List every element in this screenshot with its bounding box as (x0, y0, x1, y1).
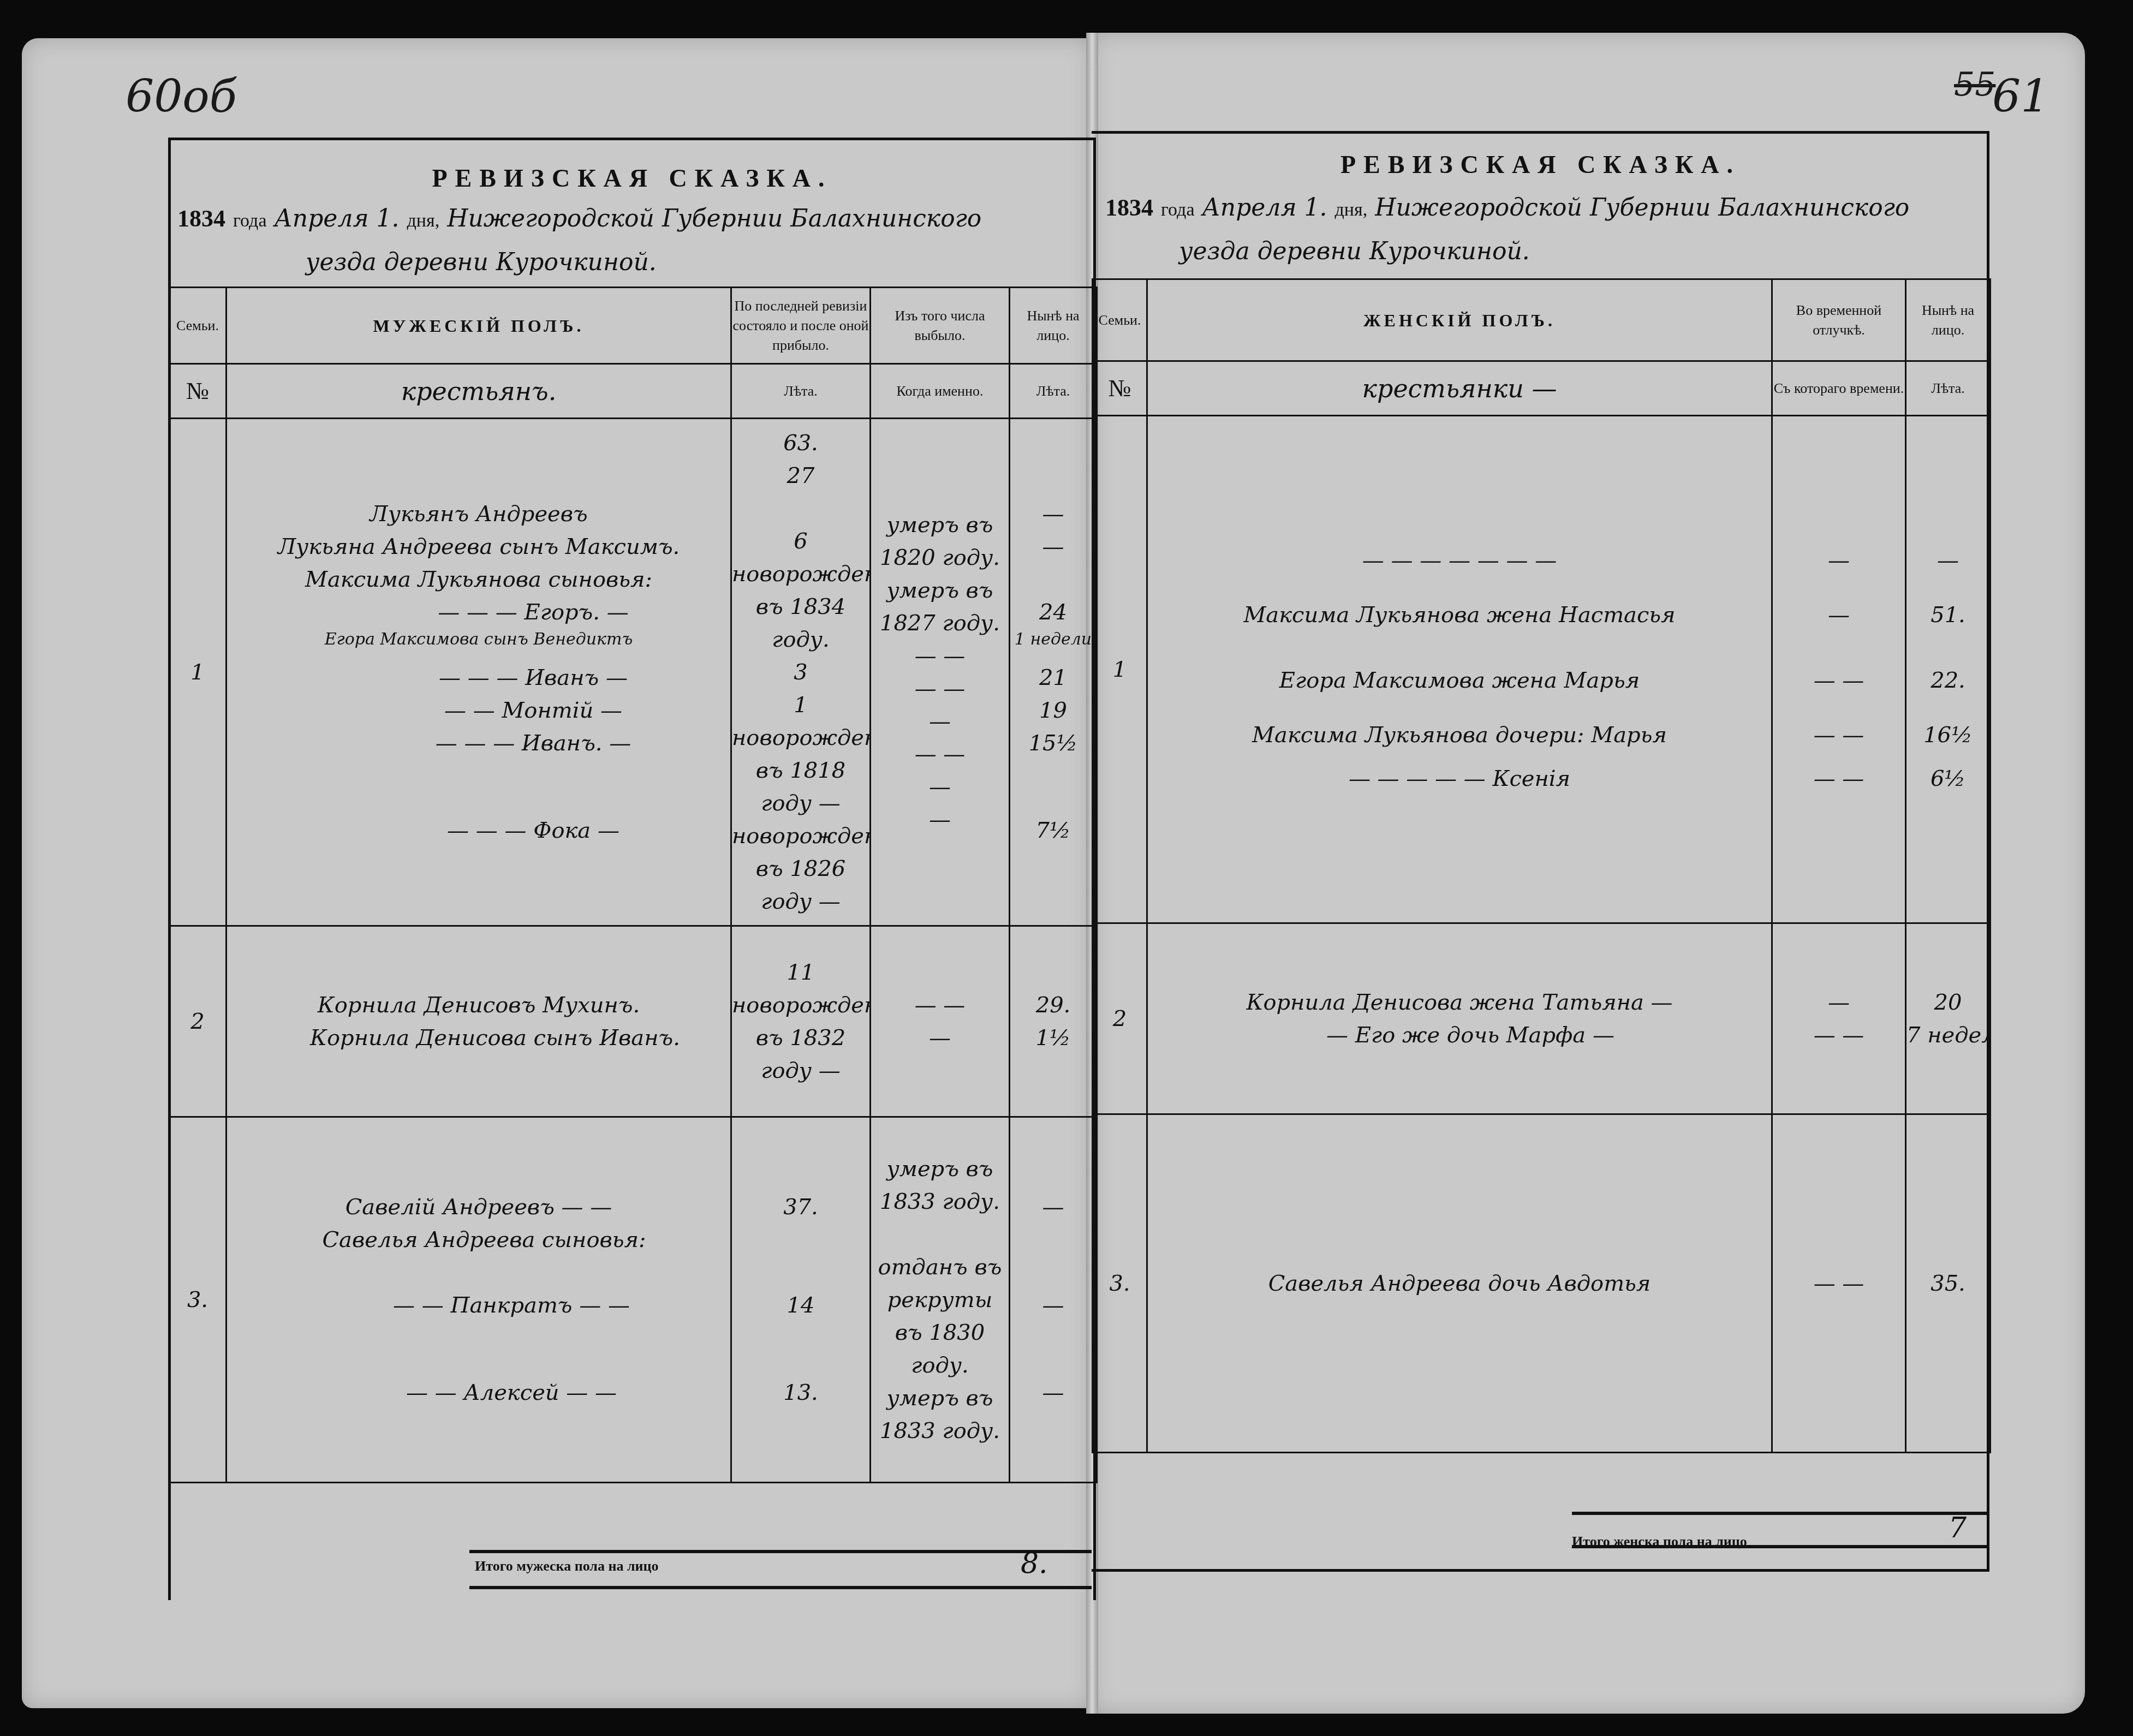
entry-name: — — Алексей — — (227, 1376, 730, 1409)
family-row-1: 1 Лукьянъ Андреевъ Лукьяна Андреева сынъ… (169, 419, 1097, 926)
entry-name: — — — Егоръ. — (227, 596, 730, 629)
entry-name: Максима Лукьянова жена Настасья (1148, 599, 1771, 631)
col-no: № (1093, 361, 1147, 416)
entry-name: Максима Лукьянова сыновья: (227, 563, 730, 596)
family-row-2: 2 Корнила Денисовъ Мухинъ. Корнила Денис… (169, 926, 1097, 1117)
left-totals-value: 8. (1021, 1547, 1048, 1580)
entry-name: — — Панкратъ — — (227, 1289, 730, 1322)
right-totals-label: Итого женска пола на лицо (1572, 1534, 1747, 1550)
col-present: Нынѣ на лицо. (1010, 288, 1097, 364)
family-row-2: 2 Корнила Денисова жена Татьяна — — Его … (1093, 923, 1991, 1114)
col-male: МУЖЕСКІЙ ПОЛЪ. (227, 288, 731, 364)
right-header-line-1: 1834 года Апреля 1. дня, Нижегородской Г… (1105, 194, 1909, 222)
entry-name: Корнила Денисова сынъ Иванъ. (227, 1022, 730, 1054)
col-when: Когда именно. (871, 364, 1010, 419)
entry-name: Корнила Денисова жена Татьяна — (1148, 986, 1771, 1019)
entry-name: Савелья Андреева сыновья: (227, 1224, 730, 1256)
section-peasants-female: крестьянки — (1147, 361, 1772, 416)
col-years: Лѣта. (1906, 361, 1991, 416)
family-row-1: 1 — — — — — — — Максима Лукьянова жена Н… (1093, 416, 1991, 923)
left-title: РЕВИЗСКАЯ СКАЗКА. (168, 164, 1096, 193)
left-folio-number: 60об (126, 71, 237, 123)
col-departed: Изъ того числа выбыло. (871, 288, 1010, 364)
left-totals-label: Итого мужеска пола на лицо (475, 1558, 658, 1574)
left-table: Семьи. МУЖЕСКІЙ ПОЛЪ. По последней ревиз… (168, 287, 1098, 1483)
right-folio-number: 61 (1992, 71, 2049, 123)
entry-name: — — — — — Ксенія (1148, 762, 1771, 795)
entry-name: Корнила Денисовъ Мухинъ. (227, 989, 730, 1022)
left-uezd: Балахнинского (790, 205, 981, 232)
left-header-line-2: уезда деревни Курочкиной. (306, 248, 657, 276)
entry-name: Лукьяна Андреева сынъ Максимъ. (227, 530, 730, 563)
entry-name: — — — Фока — (227, 814, 730, 847)
left-gubernia: Нижегородской Губернии (447, 205, 783, 232)
col-years-1: Лѣта. (731, 364, 871, 419)
right-header-line-2: уезда деревни Курочкиной. (1179, 237, 1530, 265)
col-last-revision: По последней ревизіи состояло и после он… (731, 288, 871, 364)
entry-name: Савелья Андреева дочь Авдотья (1148, 1267, 1771, 1300)
family-row-3: 3. Савелья Андреева дочь Авдотья — — 35. (1093, 1114, 1991, 1453)
entry-name: Лукьянъ Андреевъ (227, 498, 730, 530)
entry-name: Савелій Андреевъ — — (227, 1191, 730, 1224)
col-since: Съ котораго времени. (1772, 361, 1906, 416)
right-table: Семьи. ЖЕНСКІЙ ПОЛЪ. Во временной отлучк… (1092, 278, 1991, 1453)
col-present: Нынѣ на лицо. (1906, 279, 1991, 361)
col-no: № (169, 364, 227, 419)
right-totals-value: 7 (1949, 1512, 1967, 1544)
right-year: 1834 (1105, 194, 1153, 221)
col-family: Семьи. (169, 288, 227, 364)
left-month: Апреля (275, 205, 369, 232)
right-folio-struck: 55 (1954, 65, 1995, 104)
col-years-2: Лѣта. (1010, 364, 1097, 419)
col-female: ЖЕНСКІЙ ПОЛЪ. (1147, 279, 1772, 361)
col-absence: Во временной отлучкѣ. (1772, 279, 1906, 361)
right-month: Апреля (1202, 194, 1297, 222)
entry-name: — — — Иванъ — (227, 661, 730, 694)
left-year: 1834 (177, 205, 225, 232)
right-title: РЕВИЗСКАЯ СКАЗКА. (1092, 150, 1989, 179)
section-peasants-male: крестьянъ. (227, 364, 731, 419)
left-header-line-1: 1834 года Апреля 1. дня, Нижегородской Г… (177, 205, 981, 232)
right-gubernia: Нижегородской Губернии (1375, 194, 1711, 222)
entry-name: — — — Иванъ. — (227, 727, 730, 760)
entry-name: — — Монтій — (227, 694, 730, 727)
entry-name: — Его же дочь Марфа — (1148, 1019, 1771, 1052)
family-row-3: 3. Савелій Андреевъ — — Савелья Андреева… (169, 1117, 1097, 1483)
col-family: Семьи. (1093, 279, 1147, 361)
entry-name: Егора Максимова жена Марья (1148, 664, 1771, 697)
entry-name: — — — — — — — (1148, 544, 1771, 577)
right-uezd: Балахнинского (1718, 194, 1909, 222)
entry-name: Максима Лукьянова дочери: Марья (1148, 719, 1771, 751)
entry-name: Егора Максимова сынъ Венедиктъ (227, 629, 730, 661)
